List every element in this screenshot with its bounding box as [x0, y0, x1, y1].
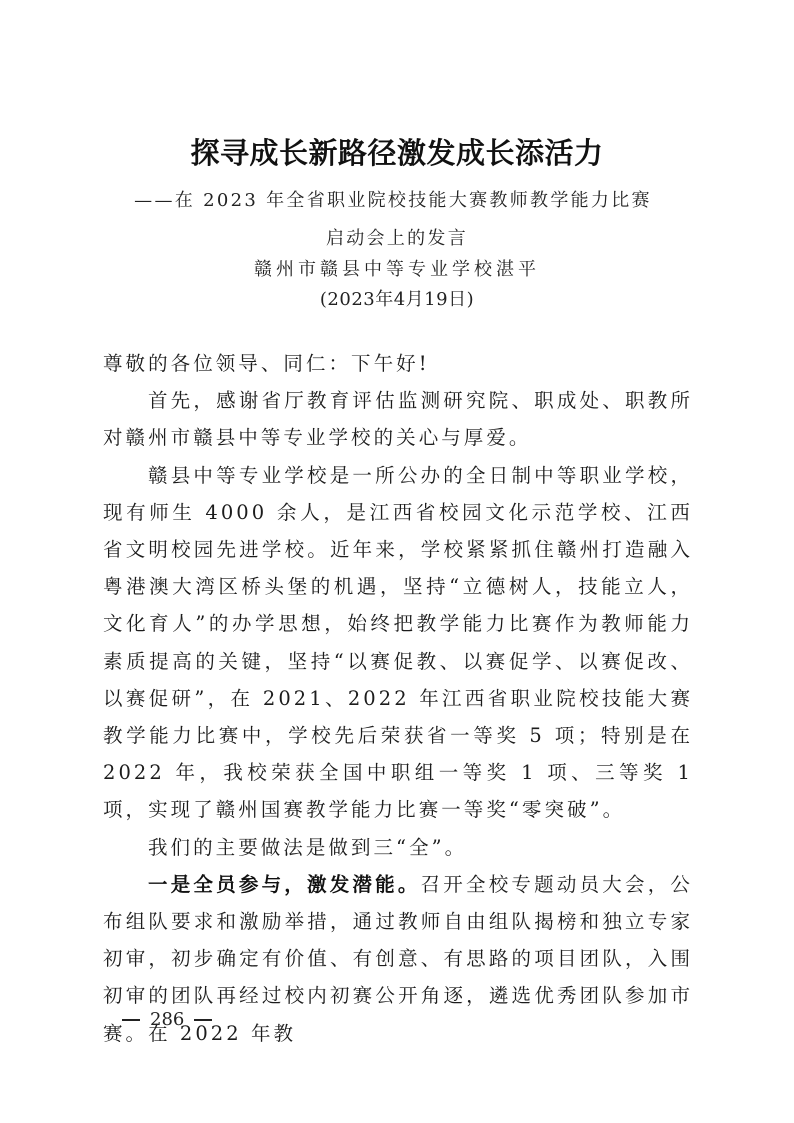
- document-title: 探寻成长新路径激发成长添活力: [0, 133, 794, 173]
- subtitle-occasion: ——在 2023 年全省职业院校技能大赛教师教学能力比赛: [0, 188, 790, 214]
- paragraph-text: 我们的主要做法是做到三“全”。: [148, 836, 467, 859]
- paragraph-text: 赣县中等专业学校是一所公办的全日制中等职业学校，现有师生 4000 余人，是江西…: [103, 464, 693, 822]
- paragraph-approach: 我们的主要做法是做到三“全”。: [103, 829, 693, 866]
- paragraph-text: 首先，感谢省厅教育评估监测研究院、职成处、职教所对赣州市赣县中等专业学校的关心与…: [103, 389, 693, 449]
- document-page: 探寻成长新路径激发成长添活力 ——在 2023 年全省职业院校技能大赛教师教学能…: [0, 0, 794, 1123]
- subtitle-occasion-cont: 启动会上的发言: [0, 226, 794, 252]
- dash-left: [122, 1019, 140, 1021]
- page-number: 286: [150, 1008, 184, 1032]
- document-body: 尊敬的各位领导、同仁：下午好! 首先，感谢省厅教育评估监测研究院、职成处、职教所…: [103, 345, 693, 1052]
- greeting: 尊敬的各位领导、同仁：下午好!: [103, 345, 693, 382]
- subtitle-date: (2023年4月19日): [0, 287, 794, 313]
- paragraph-thanks: 首先，感谢省厅教育评估监测研究院、职成处、职教所对赣州市赣县中等专业学校的关心与…: [103, 382, 693, 456]
- paragraph-heading: 一是全员参与，激发潜能。: [148, 873, 421, 896]
- page-footer: 286: [122, 1008, 212, 1032]
- paragraph-school-intro: 赣县中等专业学校是一所公办的全日制中等职业学校，现有师生 4000 余人，是江西…: [103, 457, 693, 829]
- subtitle-author: 赣州市赣县中等专业学校湛平: [0, 257, 794, 283]
- dash-right: [194, 1019, 212, 1021]
